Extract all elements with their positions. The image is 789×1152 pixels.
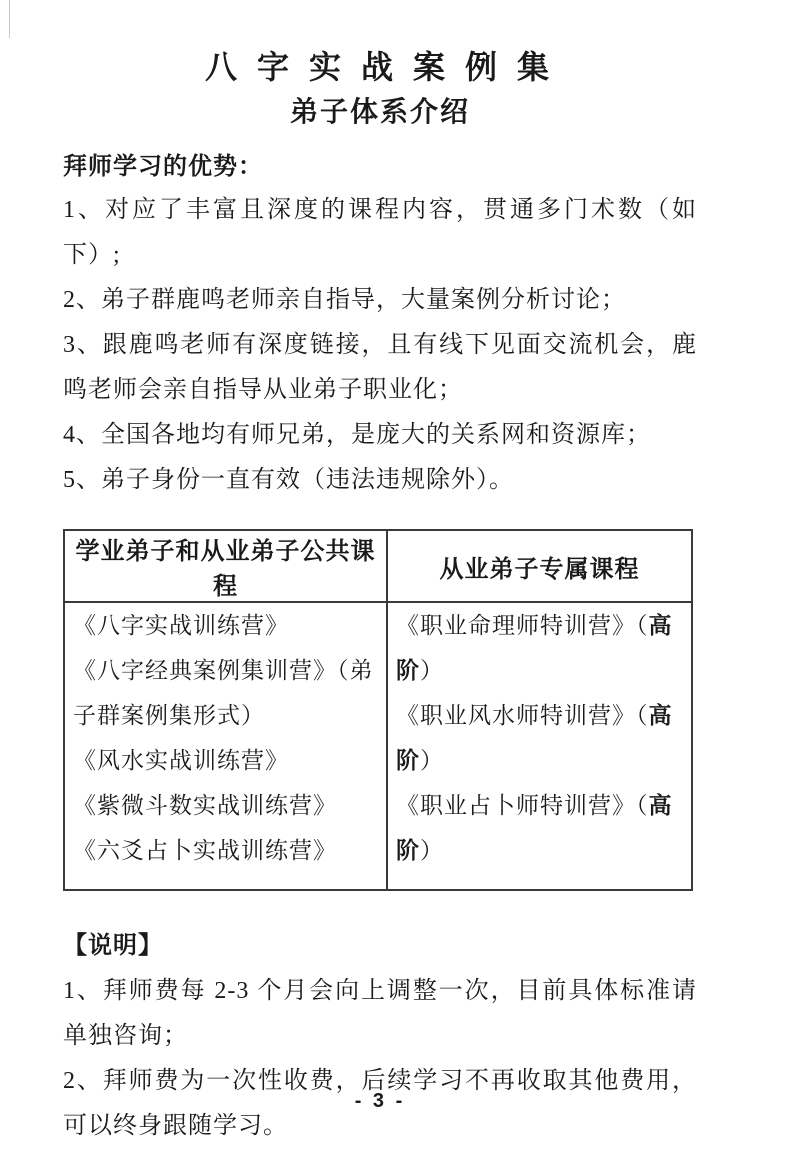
note-item-1: 1、拜师费每 2-3 个月会向上调整一次，目前具体标准请单独咨询； — [63, 969, 697, 1059]
table-body-row: 《八字实战训练营》 《八字经典案例集训营》（弟子群案例集形式） 《风水实战训练营… — [64, 602, 692, 890]
exclusive-course-1: 《职业命理师特训营》（高阶） — [396, 603, 685, 693]
header-common-courses: 学业弟子和从业弟子公共课程 — [64, 530, 387, 602]
doc-title: 八 字 实 战 案 例 集 — [63, 46, 697, 88]
advantage-item-4: 4、全国各地均有师兄弟，是庞大的关系网和资源库； — [63, 413, 697, 458]
courses-table-body: 《八字实战训练营》 《八字经典案例集训营》（弟子群案例集形式） 《风水实战训练营… — [64, 602, 692, 890]
course-name-suffix: ） — [420, 658, 444, 683]
course-name-suffix: ） — [420, 838, 444, 863]
advantage-item-3: 3、跟鹿鸣老师有深度链接，且有线下见面交流机会，鹿鸣老师会亲自指导从业弟子职业化… — [63, 323, 697, 413]
common-course-3: 《风水实战训练营》 — [73, 738, 380, 783]
header-exclusive-courses: 从业弟子专属课程 — [387, 530, 692, 602]
courses-table-header: 学业弟子和从业弟子公共课程 从业弟子专属课程 — [64, 530, 692, 602]
advantages-section: 拜师学习的优势： 1、对应了丰富且深度的课程内容，贯通多门术数（如下）; 2、弟… — [63, 146, 697, 503]
course-name: 《职业风水师特训营》（ — [396, 703, 649, 728]
notes-section: 【说明】 1、拜师费每 2-3 个月会向上调整一次，目前具体标准请单独咨询； 2… — [63, 925, 697, 1149]
common-course-4: 《紫微斗数实战训练营》 — [73, 783, 380, 828]
course-name-suffix: ） — [420, 748, 444, 773]
exclusive-course-3: 《职业占卜师特训营》（高阶） — [396, 783, 685, 873]
common-courses-cell: 《八字实战训练营》 《八字经典案例集训营》（弟子群案例集形式） 《风水实战训练营… — [64, 602, 387, 890]
courses-table: 学业弟子和从业弟子公共课程 从业弟子专属课程 《八字实战训练营》 《八字经典案例… — [63, 529, 693, 891]
notes-heading: 【说明】 — [63, 925, 697, 967]
exclusive-courses-cell: 《职业命理师特训营》（高阶） 《职业风水师特训营》（高阶） 《职业占卜师特训营》… — [387, 602, 692, 890]
scan-artifact-line — [9, 0, 10, 38]
common-course-2: 《八字经典案例集训营》（弟子群案例集形式） — [73, 648, 380, 738]
course-name: 《职业命理师特训营》（ — [396, 613, 649, 638]
doc-subtitle: 弟子体系介绍 — [63, 94, 697, 132]
course-name: 《职业占卜师特训营》（ — [396, 793, 649, 818]
exclusive-course-2: 《职业风水师特训营》（高阶） — [396, 693, 685, 783]
advantage-item-1: 1、对应了丰富且深度的课程内容，贯通多门术数（如下）; — [63, 188, 697, 278]
advantage-item-5: 5、弟子身份一直有效（违法违规除外）。 — [63, 458, 697, 503]
common-course-1: 《八字实战训练营》 — [73, 603, 380, 648]
table-header-row: 学业弟子和从业弟子公共课程 从业弟子专属课程 — [64, 530, 692, 602]
document-page: 八 字 实 战 案 例 集 弟子体系介绍 拜师学习的优势： 1、对应了丰富且深度… — [0, 0, 789, 1152]
advantages-heading: 拜师学习的优势： — [63, 146, 697, 188]
page-number: - 3 - — [63, 1090, 697, 1113]
common-course-5: 《六爻占卜实战训练营》 — [73, 828, 380, 873]
advantage-item-2: 2、弟子群鹿鸣老师亲自指导，大量案例分析讨论； — [63, 278, 697, 323]
